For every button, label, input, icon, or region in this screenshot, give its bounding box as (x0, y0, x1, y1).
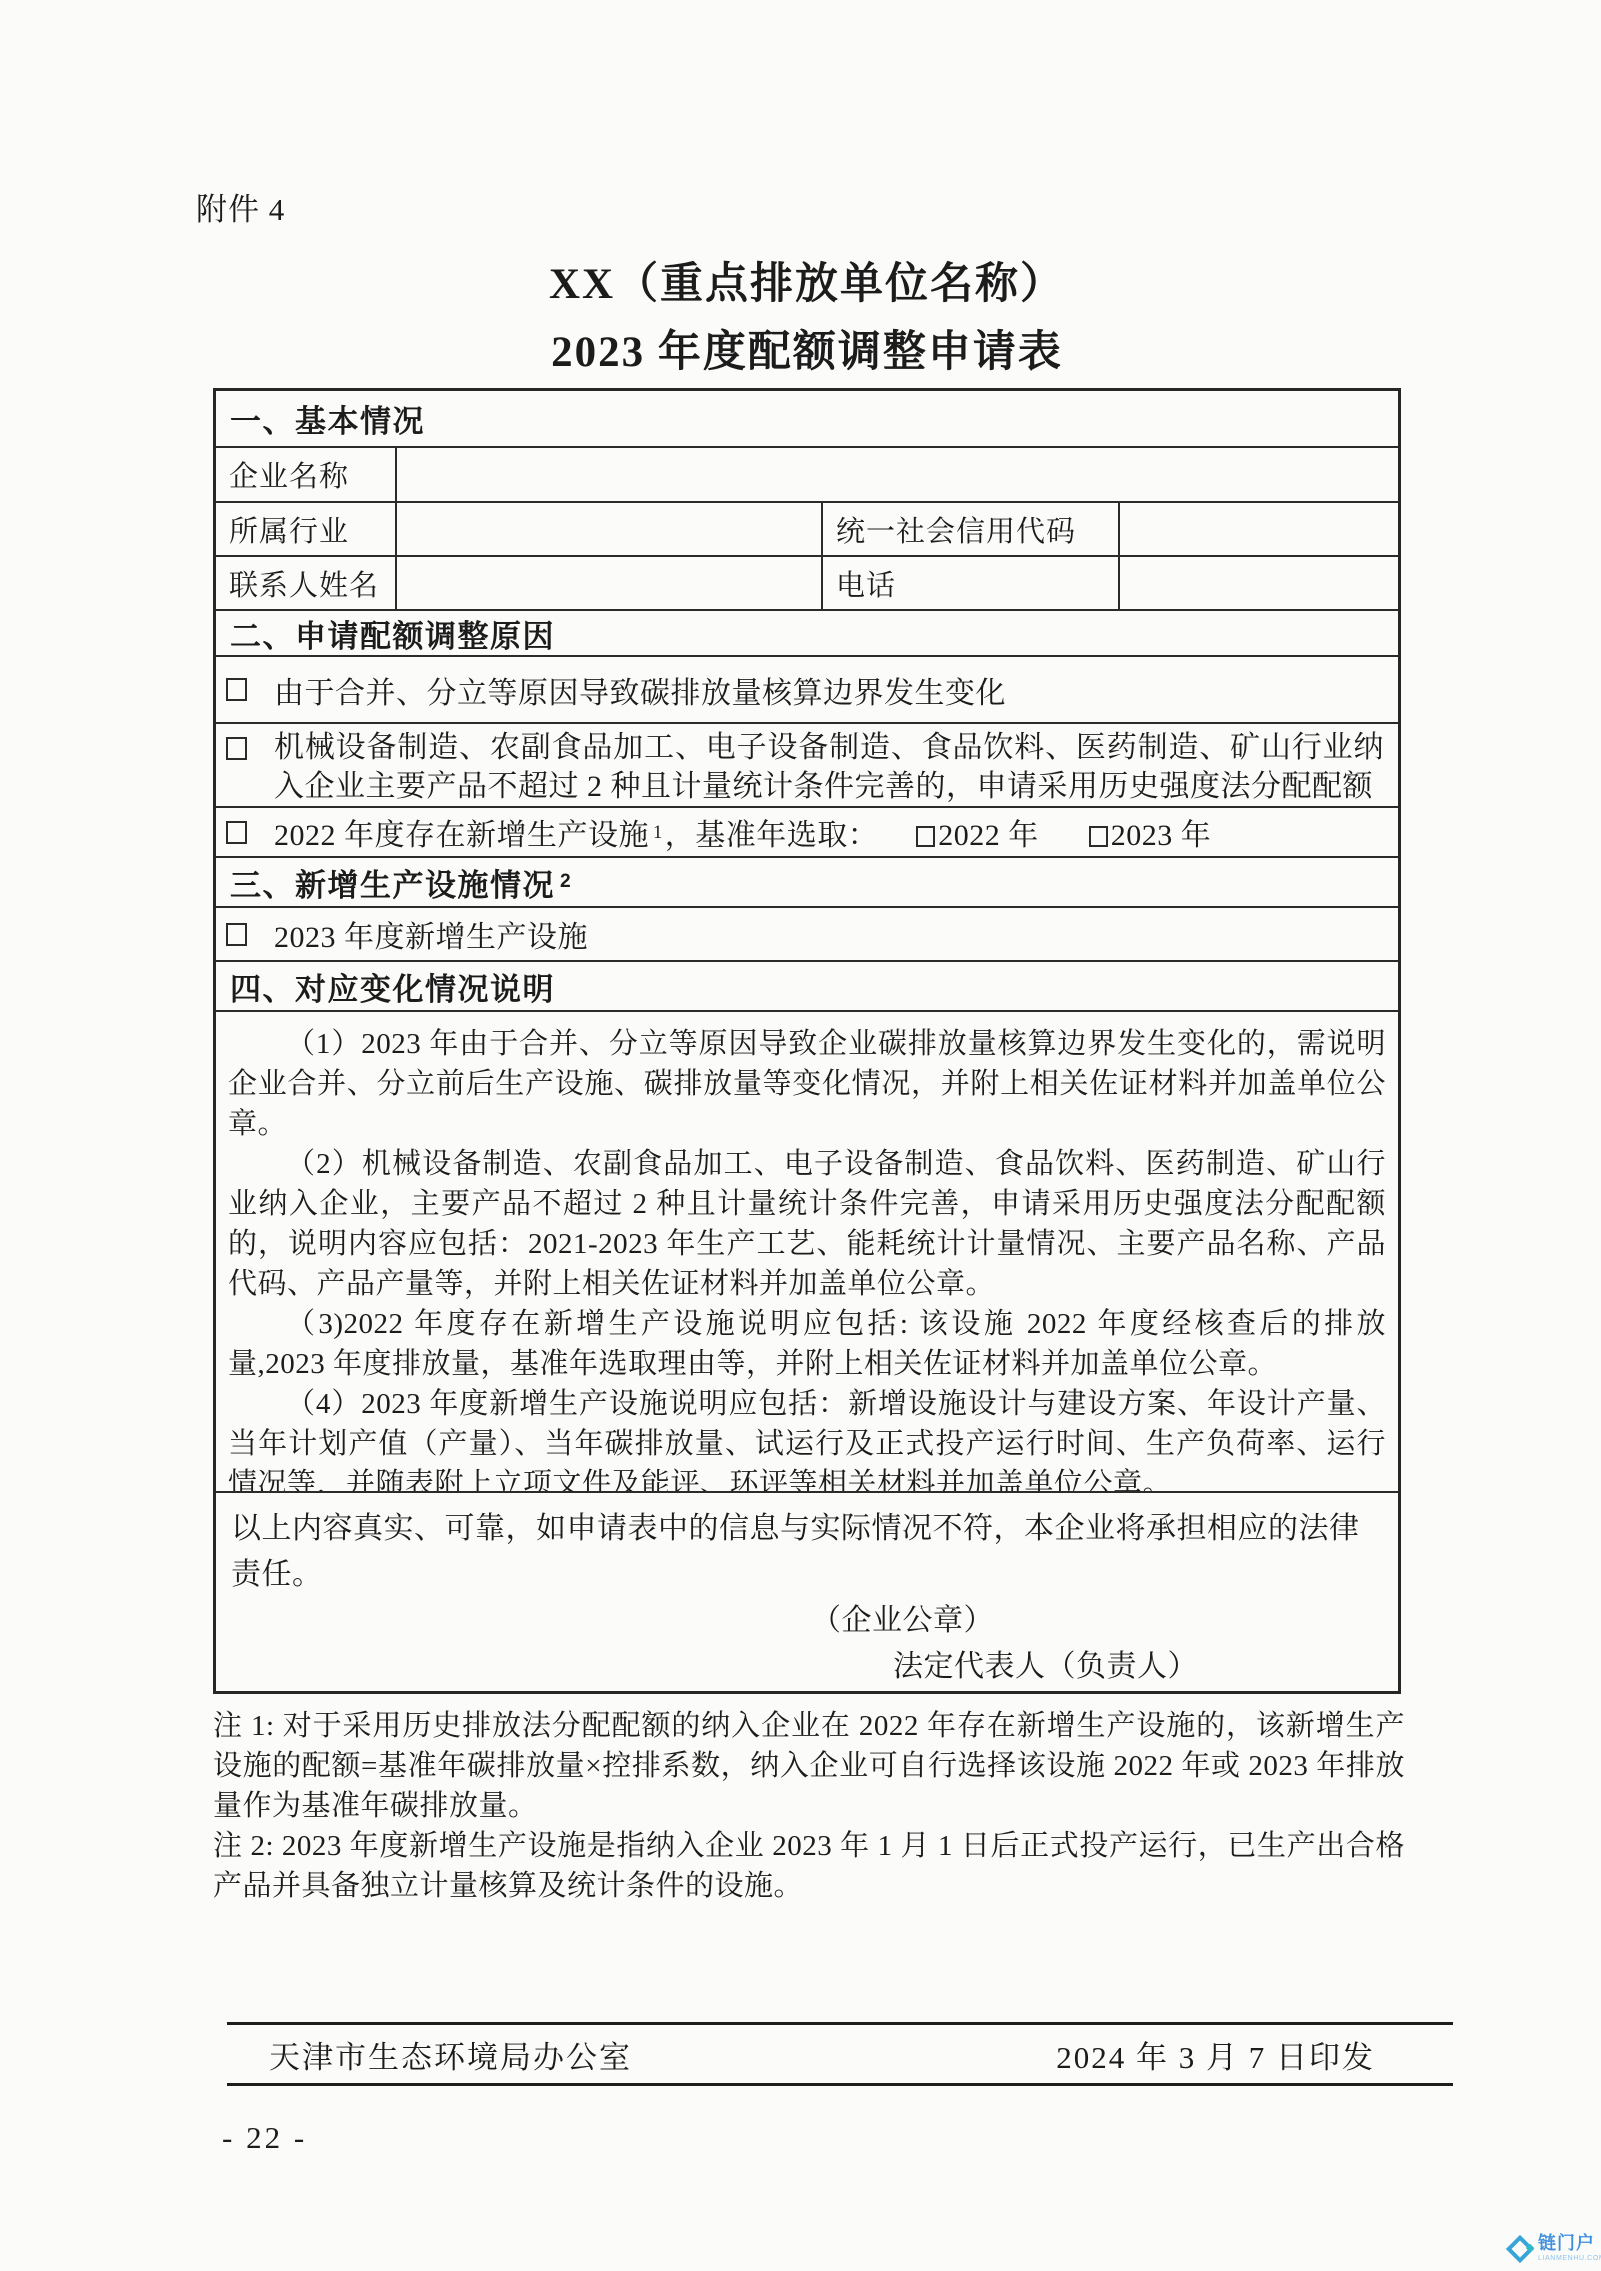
issuing-office: 天津市生态环境局办公室 (269, 2032, 632, 2077)
checkbox-new-facility-2023[interactable] (226, 923, 247, 946)
table-row-contact: 联系人姓名 电话 (216, 555, 1398, 609)
industry-label: 所属行业 (216, 503, 395, 555)
checkbox-new-facility-2022[interactable] (226, 821, 247, 844)
checkbox-base-year-2022[interactable] (916, 826, 935, 847)
explanation-paragraph-4: （4）2023 年度新增生产设施说明应包括：新增设施设计与建设方案、年设计产量、… (228, 1384, 1386, 1491)
document-page: 附件 4 XX（重点排放单位名称） 2023 年度配额调整申请表 一、基本情况 … (0, 0, 1601, 2271)
diamond-logo-icon (1506, 2234, 1534, 2262)
site-watermark: 链门户 LIANMENHU.COM (1506, 2234, 1601, 2262)
footnote-2: 注 2: 2023 年度新增生产设施是指纳入企业 2023 年 1 月 1 日后… (213, 1826, 1405, 1906)
footnotes: 注 1: 对于采用历史排放法分配配额的纳入企业在 2022 年存在新增生产设施的… (213, 1706, 1405, 1906)
explanation-paragraph-1: （1）2023 年由于合并、分立等原因导致企业碳排放量核算边界发生变化的，需说明… (228, 1024, 1386, 1144)
declaration-statement: 以上内容真实、可靠，如申请表中的信息与实际情况不符，本企业将承担相应的法律责任。 (231, 1506, 1386, 1598)
section4-heading: 四、对应变化情况说明 (216, 960, 1398, 1010)
base-year-2023-label: 2023 年 (1111, 819, 1212, 852)
legal-representative-line: 法定代表人（负责人） (231, 1644, 1386, 1690)
explanation-paragraph-2: （2）机械设备制造、农副食品加工、电子设备制造、食品饮料、医药制造、矿山行业纳入… (228, 1144, 1386, 1304)
document-title-line2: 2023 年度配额调整申请表 (213, 318, 1401, 379)
page-number: - 22 - (222, 2120, 307, 2156)
credit-code-label: 统一社会信用代码 (821, 503, 1118, 555)
change-explanation-cell: （1）2023 年由于合并、分立等原因导致企业碳排放量核算边界发生变化的，需说明… (216, 1010, 1398, 1491)
application-form-table: 一、基本情况 企业名称 所属行业 统一社会信用代码 联系人姓名 电话 二、申请配… (213, 388, 1401, 1694)
option-row-boundary-change: 由于合并、分立等原因导致碳排放量核算边界发生变化 (216, 655, 1398, 722)
watermark-text: 链门户 LIANMENHU.COM (1538, 2234, 1601, 2262)
checkbox-industry-method[interactable] (226, 737, 247, 760)
base-year-2022-label: 2022 年 (938, 819, 1039, 852)
company-name-label: 企业名称 (216, 448, 395, 501)
phone-field[interactable] (1118, 557, 1398, 609)
option-row-new-facility-2022: 2022 年度存在新增生产设施1，基准年选取：2022 年2023 年 (216, 806, 1398, 856)
footnote-ref-1: 1 (653, 822, 663, 843)
table-row-industry: 所属行业 统一社会信用代码 (216, 501, 1398, 555)
contact-name-field[interactable] (395, 557, 821, 609)
option-label: 2022 年度存在新增生产设施1，基准年选取：2022 年2023 年 (274, 810, 1384, 854)
attachment-label: 附件 4 (196, 184, 285, 229)
company-name-field[interactable] (395, 448, 1398, 501)
option-label: 2023 年度新增生产设施 (274, 912, 1384, 956)
issue-date: 2024 年 3 月 7 日印发 (1056, 2032, 1375, 2077)
document-title-line1: XX（重点排放单位名称） (213, 250, 1401, 311)
credit-code-field[interactable] (1118, 503, 1398, 555)
section3-heading-text: 三、新增生产设施情况 (230, 860, 555, 905)
option-text-suffix: ，基准年选取： (665, 819, 879, 852)
authorized-representative-line: 或授权代表（签字）： (231, 1690, 1386, 1691)
option-text-prefix: 2022 年度存在新增生产设施 (274, 819, 649, 852)
industry-field[interactable] (395, 503, 821, 555)
watermark-site-domain: LIANMENHU.COM (1538, 2255, 1601, 2262)
watermark-site-name: 链门户 (1538, 2234, 1601, 2252)
declaration-cell: 以上内容真实、可靠，如申请表中的信息与实际情况不符，本企业将承担相应的法律责任。… (216, 1491, 1398, 1691)
section1-heading: 一、基本情况 (216, 391, 1398, 446)
checkbox-boundary-change[interactable] (226, 678, 247, 701)
option-label: 机械设备制造、农副食品加工、电子设备制造、食品饮料、医药制造、矿山行业纳入企业主… (274, 728, 1384, 806)
footnote-1: 注 1: 对于采用历史排放法分配配额的纳入企业在 2022 年存在新增生产设施的… (213, 1706, 1405, 1826)
section2-heading: 二、申请配额调整原因 (216, 609, 1398, 655)
option-label: 由于合并、分立等原因导致碳排放量核算边界发生变化 (274, 668, 1384, 712)
issuance-footer: 天津市生态环境局办公室 2024 年 3 月 7 日印发 (227, 2022, 1453, 2086)
footnote-ref-2: 2 (560, 871, 572, 893)
option-row-industry-method: 机械设备制造、农副食品加工、电子设备制造、食品饮料、医药制造、矿山行业纳入企业主… (216, 722, 1398, 806)
table-row-company-name: 企业名称 (216, 446, 1398, 501)
company-seal-line: （企业公章） (231, 1598, 1386, 1644)
section3-heading: 三、新增生产设施情况2 (216, 856, 1398, 906)
option-row-new-facility-2023: 2023 年度新增生产设施 (216, 906, 1398, 960)
contact-name-label: 联系人姓名 (216, 557, 395, 609)
phone-label: 电话 (821, 557, 1118, 609)
explanation-paragraph-3: （3)2022 年度存在新增生产设施说明应包括: 该设施 2022 年度经核查后… (228, 1304, 1386, 1384)
checkbox-base-year-2023[interactable] (1089, 826, 1108, 847)
